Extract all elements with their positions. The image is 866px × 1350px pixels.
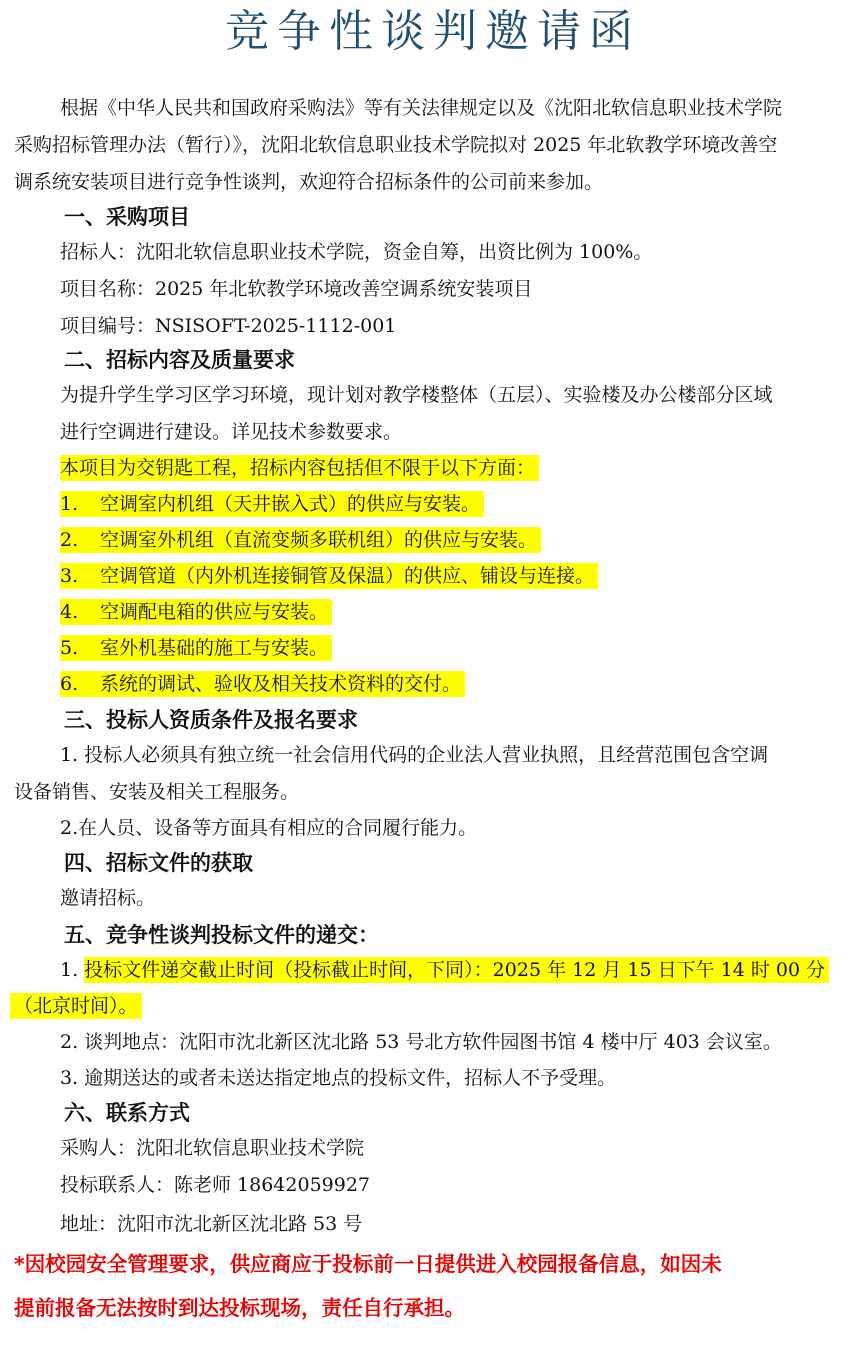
scope-item: 2.空调室外机组（直流变频多联机组）的供应与安装。 [60,526,541,554]
scope-desc-line-1: 为提升学生学习区学习环境，现计划对教学楼整体（五层）、实验楼及办公楼部分区域 [60,381,773,409]
project-number: 项目编号：NSISOFT-2025-1112-001 [60,312,396,340]
scope-item: 1.空调室内机组（天井嵌入式）的供应与安装。 [60,490,484,518]
scope-item: 4.空调配电箱的供应与安装。 [60,598,332,626]
scope-intro-highlight: 本项目为交钥匙工程，招标内容包括但不限于以下方面： [60,455,539,481]
intro-line-3: 调系统安装项目进行竞争性谈判，欢迎符合招标条件的公司前来参加。 [14,168,603,196]
security-notice-line-1: *因校园安全管理要求，供应商应于投标前一日提供进入校园报备信息，如因未 [14,1250,722,1278]
section-heading-5: 五、竞争性谈判投标文件的递交： [64,920,379,950]
section-heading-3: 三、投标人资质条件及报名要求 [64,705,358,735]
section-heading-6: 六、联系方式 [64,1098,190,1128]
scope-intro: 本项目为交钥匙工程，招标内容包括但不限于以下方面： [60,454,539,482]
scope-item: 5.室外机基础的施工与安装。 [60,634,332,662]
deadline-line-2: （北京时间）。 [10,992,142,1020]
negotiation-location: 2. 谈判地点：沈阳市沈北新区沈北路 53 号北方软件园图书馆 4 楼中厅 40… [60,1028,782,1056]
address: 地址：沈阳市沈北新区沈北路 53 号 [60,1210,362,1238]
scope-item: 6.系统的调试、验收及相关技术资料的交付。 [60,670,465,698]
section-heading-1: 一、采购项目 [64,202,190,232]
security-notice-line-2: 提前报备无法按时到达投标现场，责任自行承担。 [14,1294,465,1322]
requirement-1-line-1: 1. 投标人必须具有独立统一社会信用代码的企业法人营业执照，且经营范围包含空调 [60,741,768,769]
document-acquisition-text: 邀请招标。 [60,884,155,912]
scope-desc-line-2: 进行空调进行建设。详见技术参数要求。 [60,418,402,446]
contact-person: 投标联系人：陈老师 18642059927 [60,1171,370,1199]
section-heading-2: 二、招标内容及质量要求 [64,345,295,375]
intro-line-1: 根据《中华人民共和国政府采购法》等有关法律规定以及《沈阳北软信息职业技术学院 [60,94,782,122]
project-name: 项目名称：2025 年北软教学环境改善空调系统安装项目 [60,275,532,303]
requirement-1-line-2: 设备销售、安装及相关工程服务。 [14,778,299,806]
purchaser: 采购人：沈阳北软信息职业技术学院 [60,1134,364,1162]
tenderer-info: 招标人：沈阳北软信息职业技术学院，资金自筹，出资比例为 100%。 [60,238,652,266]
deadline-line-1: 1. 投标文件递交截止时间（投标截止时间，下同）：2025 年 12 月 15 … [60,956,829,984]
intro-line-2: 采购招标管理办法（暂行）》，沈阳北软信息职业技术学院拟对 2025 年北软教学环… [14,131,777,159]
requirement-2: 2.在人员、设备等方面具有相应的合同履行能力。 [60,814,477,842]
late-submission-note: 3. 逾期送达的或者未送达指定地点的投标文件，招标人不予受理。 [60,1064,616,1092]
page-title: 竞争性谈判邀请函 [0,4,866,60]
deadline-highlight: 投标文件递交截止时间（投标截止时间，下同）：2025 年 12 月 15 日下午… [84,957,829,983]
section-heading-4: 四、招标文件的获取 [64,848,253,878]
scope-item: 3.空调管道（内外机连接铜管及保温）的供应、铺设与连接。 [60,562,598,590]
